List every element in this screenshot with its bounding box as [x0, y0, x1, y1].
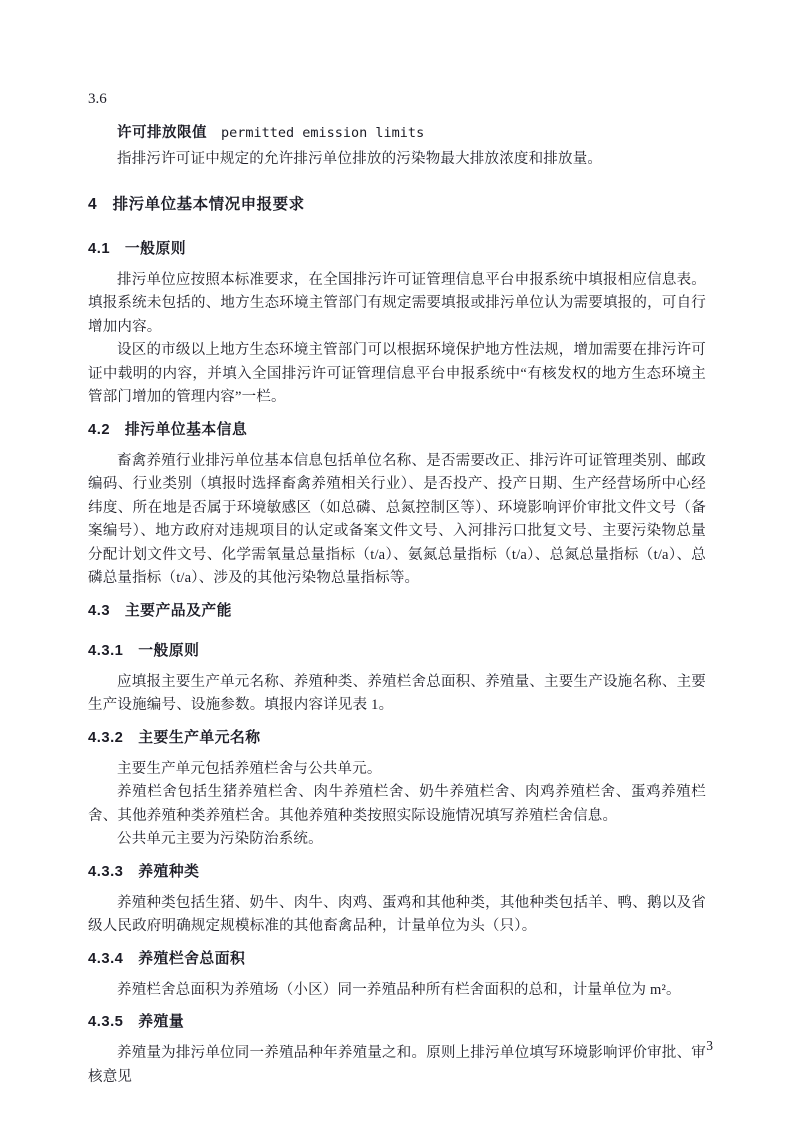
- section-4-1-number: 4.1: [88, 241, 110, 257]
- section-4-3-title: 主要产品及产能: [125, 603, 232, 619]
- paragraph-4-3-2-1: 主要生产单元包括养殖栏舍与公共单元。: [88, 758, 706, 782]
- section-heading-4-3-3: 4.3.3养殖种类: [88, 861, 706, 892]
- section-heading-4: 4排污单位基本情况申报要求: [88, 193, 706, 229]
- term-zh-label: 许可排放限值: [117, 125, 207, 141]
- paragraph-4-3-1-1: 应填报主要生产单元名称、养殖种类、养殖栏舍总面积、养殖量、主要生产设施名称、主要…: [88, 671, 706, 718]
- term-clause-number: 3.6: [88, 88, 706, 111]
- section-4-2-title: 排污单位基本信息: [125, 422, 247, 438]
- section-4-3-1-title: 一般原则: [138, 643, 199, 659]
- section-heading-4-3-4: 4.3.4养殖栏舍总面积: [88, 948, 706, 979]
- section-heading-4-3: 4.3主要产品及产能: [88, 600, 706, 631]
- section-heading-4-2: 4.2排污单位基本信息: [88, 419, 706, 450]
- paragraph-4-1-2: 设区的市级以上地方生态环境主管部门可以根据环境保护地方性法规，增加需要在排污许可…: [88, 339, 706, 410]
- section-heading-4-3-5: 4.3.5养殖量: [88, 1011, 706, 1042]
- section-4-1-title: 一般原则: [125, 241, 186, 257]
- paragraph-4-3-2-2: 养殖栏舍包括生猪养殖栏舍、肉牛养殖栏舍、奶牛养殖栏舍、肉鸡养殖栏舍、蛋鸡养殖栏舍…: [88, 781, 706, 828]
- term-definition: 指排污许可证中规定的允许排污单位排放的污染物最大排放浓度和排放量。: [88, 148, 706, 172]
- section-4-number: 4: [88, 196, 97, 213]
- section-4-3-5-number: 4.3.5: [88, 1014, 123, 1030]
- paragraph-4-3-2-3: 公共单元主要为污染防治系统。: [88, 828, 706, 852]
- section-4-3-2-number: 4.3.2: [88, 730, 123, 746]
- term-en-label: permitted emission limits: [221, 125, 424, 141]
- document-content: 3.6 许可排放限值permitted emission limits 指排污许…: [88, 88, 706, 1089]
- section-4-3-4-number: 4.3.4: [88, 951, 123, 967]
- section-4-3-4-title: 养殖栏舍总面积: [138, 951, 245, 967]
- section-4-title: 排污单位基本情况申报要求: [113, 196, 305, 213]
- paragraph-4-2-1: 畜禽养殖行业排污单位基本信息包括单位名称、是否需要改正、排污许可证管理类别、邮政…: [88, 450, 706, 591]
- paragraph-4-3-4-1: 养殖栏舍总面积为养殖场（小区）同一养殖品种所有栏舍面积的总和，计量单位为 m²。: [88, 979, 706, 1003]
- section-4-3-5-title: 养殖量: [138, 1014, 184, 1030]
- section-4-3-3-number: 4.3.3: [88, 864, 123, 880]
- section-heading-4-3-2: 4.3.2主要生产单元名称: [88, 727, 706, 758]
- section-4-3-number: 4.3: [88, 603, 110, 619]
- paragraph-4-3-3-1: 养殖种类包括生猪、奶牛、肉牛、肉鸡、蛋鸡和其他种类，其他种类包括羊、鸭、鹅以及省…: [88, 892, 706, 939]
- section-4-3-2-title: 主要生产单元名称: [138, 730, 260, 746]
- section-4-3-3-title: 养殖种类: [138, 864, 199, 880]
- paragraph-4-3-5-1: 养殖量为排污单位同一养殖品种年养殖量之和。原则上排污单位填写环境影响评价审批、审…: [88, 1042, 706, 1089]
- section-heading-4-1: 4.1一般原则: [88, 238, 706, 269]
- section-4-3-1-number: 4.3.1: [88, 643, 123, 659]
- term-heading: 许可排放限值permitted emission limits: [88, 121, 706, 145]
- paragraph-4-1-1: 排污单位应按照本标准要求，在全国排污许可证管理信息平台申报系统中填报相应信息表。…: [88, 269, 706, 340]
- page-number: 3: [706, 1038, 713, 1054]
- document-page: 3.6 许可排放限值permitted emission limits 指排污许…: [0, 0, 793, 1122]
- section-heading-4-3-1: 4.3.1一般原则: [88, 640, 706, 671]
- section-4-2-number: 4.2: [88, 422, 110, 438]
